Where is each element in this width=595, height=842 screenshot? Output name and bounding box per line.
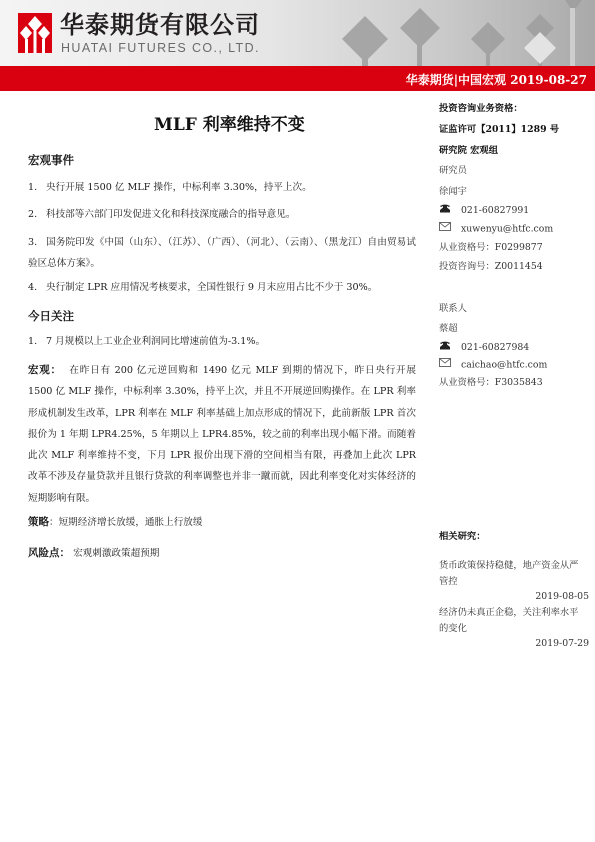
contact-label: 联系人 (439, 302, 589, 316)
list-item: 1.7 月规模以上工业企业利润同比增速前值为-3.1%。 (28, 331, 416, 353)
strategy-line: 策略：短期经济增长放缓，通胀上行放缓 (28, 512, 416, 534)
related-research-date: 2019-08-05 (439, 590, 589, 604)
researcher-email-row: xuwenyu@htfc.com (439, 222, 589, 237)
envelope-icon (439, 222, 461, 236)
huatai-logo-icon (18, 13, 52, 53)
contact-email-row: caichao@htfc.com (439, 358, 589, 373)
envelope-icon (439, 358, 461, 372)
item-number: 4. (28, 277, 46, 299)
strategy-label: 策略 (28, 516, 49, 528)
item-text: 央行开展 1500 亿 MLF 操作，中标利率 3.30%，持平上次。 (46, 182, 312, 193)
contact-name: 蔡超 (439, 322, 589, 336)
macro-text: 在昨日有 200 亿元逆回购和 1490 亿元 MLF 到期的情况下，昨日央行开… (28, 365, 416, 504)
list-item: 2.科技部等六部门印发促进文化和科技深度融合的指导意见。 (28, 204, 416, 226)
researcher-email[interactable]: xuwenyu@htfc.com (461, 224, 553, 235)
contact-email[interactable]: caichao@htfc.com (461, 360, 547, 371)
list-item: 3.国务院印发《中国（山东）、（江苏）、（广西）、（河北）、（云南）、（黑龙江）… (28, 232, 416, 274)
item-number: 2. (28, 204, 46, 226)
item-text: 国务院印发《中国（山东）、（江苏）、（广西）、（河北）、（云南）、（黑龙江）自由… (28, 237, 416, 269)
phone-icon (439, 340, 461, 355)
sidebar-dept: 研究院 宏观组 (439, 144, 589, 158)
section-heading-today-focus: 今日关注 (28, 309, 74, 323)
item-text: 科技部等六部门印发促进文化和科技深度融合的指导意见。 (46, 209, 295, 220)
risk-label: 风险点： (28, 547, 70, 559)
report-header: 华泰期货有限公司 HUATAI FUTURES CO., LTD. (0, 0, 595, 68)
researcher-advisory-cert: 投资咨询号：Z0011454 (439, 260, 589, 274)
item-number: 1. (28, 177, 46, 199)
risk-line: 风险点： 宏观刺激政策超预期 (28, 543, 416, 565)
macro-paragraph: 宏观： 在昨日有 200 亿元逆回购和 1490 亿元 MLF 到期的情况下，昨… (28, 360, 416, 509)
contact-practice-cert: 从业资格号：F3035843 (439, 376, 589, 390)
related-research-item[interactable]: 经济仍未真正企稳，关注利率水平的变化 (439, 605, 587, 637)
item-text: 央行制定 LPR 应用情况考核要求，全国性银行 9 月末应用占比不少于 30%。 (46, 282, 377, 293)
strategy-text: ：短期经济增长放缓，通胀上行放缓 (49, 517, 203, 528)
section-heading-macro-events: 宏观事件 (28, 153, 74, 167)
company-name-cn: 华泰期货有限公司 (60, 12, 260, 38)
researcher-practice-cert: 从业资格号：F0299877 (439, 241, 589, 255)
related-research-date: 2019-07-29 (439, 637, 589, 651)
contact-phone-row: 021-60827984 (439, 340, 589, 355)
contact-phone: 021-60827984 (461, 342, 529, 353)
list-item: 1.央行开展 1500 亿 MLF 操作，中标利率 3.30%，持平上次。 (28, 177, 416, 199)
banner-text: 华泰期货|中国宏观 2019-08-27 (406, 71, 587, 89)
sidebar-license: 证监许可【2011】1289 号 (439, 123, 589, 137)
sidebar-role: 研究员 (439, 164, 589, 178)
item-number: 3. (28, 232, 46, 253)
company-name-en: HUATAI FUTURES CO., LTD. (61, 41, 260, 55)
list-item: 4.央行制定 LPR 应用情况考核要求，全国性银行 9 月末应用占比不少于 30… (28, 277, 416, 299)
report-title: MLF 利率维持不变 (154, 114, 305, 136)
phone-icon (439, 203, 461, 218)
risk-text: 宏观刺激政策超预期 (73, 548, 159, 559)
researcher-phone: 021-60827991 (461, 205, 529, 216)
related-research-heading: 相关研究： (439, 530, 589, 544)
researcher-phone-row: 021-60827991 (439, 203, 589, 218)
macro-label: 宏观： (28, 364, 62, 376)
sidebar-qualification-label: 投资咨询业务资格： (439, 102, 589, 116)
related-research-item[interactable]: 货币政策保持稳健，地产资金从严管控 (439, 558, 587, 590)
item-text: 7 月规模以上工业企业利润同比增速前值为-3.1%。 (46, 336, 265, 347)
researcher-name: 徐闻宇 (439, 185, 589, 199)
item-number: 1. (28, 331, 46, 353)
